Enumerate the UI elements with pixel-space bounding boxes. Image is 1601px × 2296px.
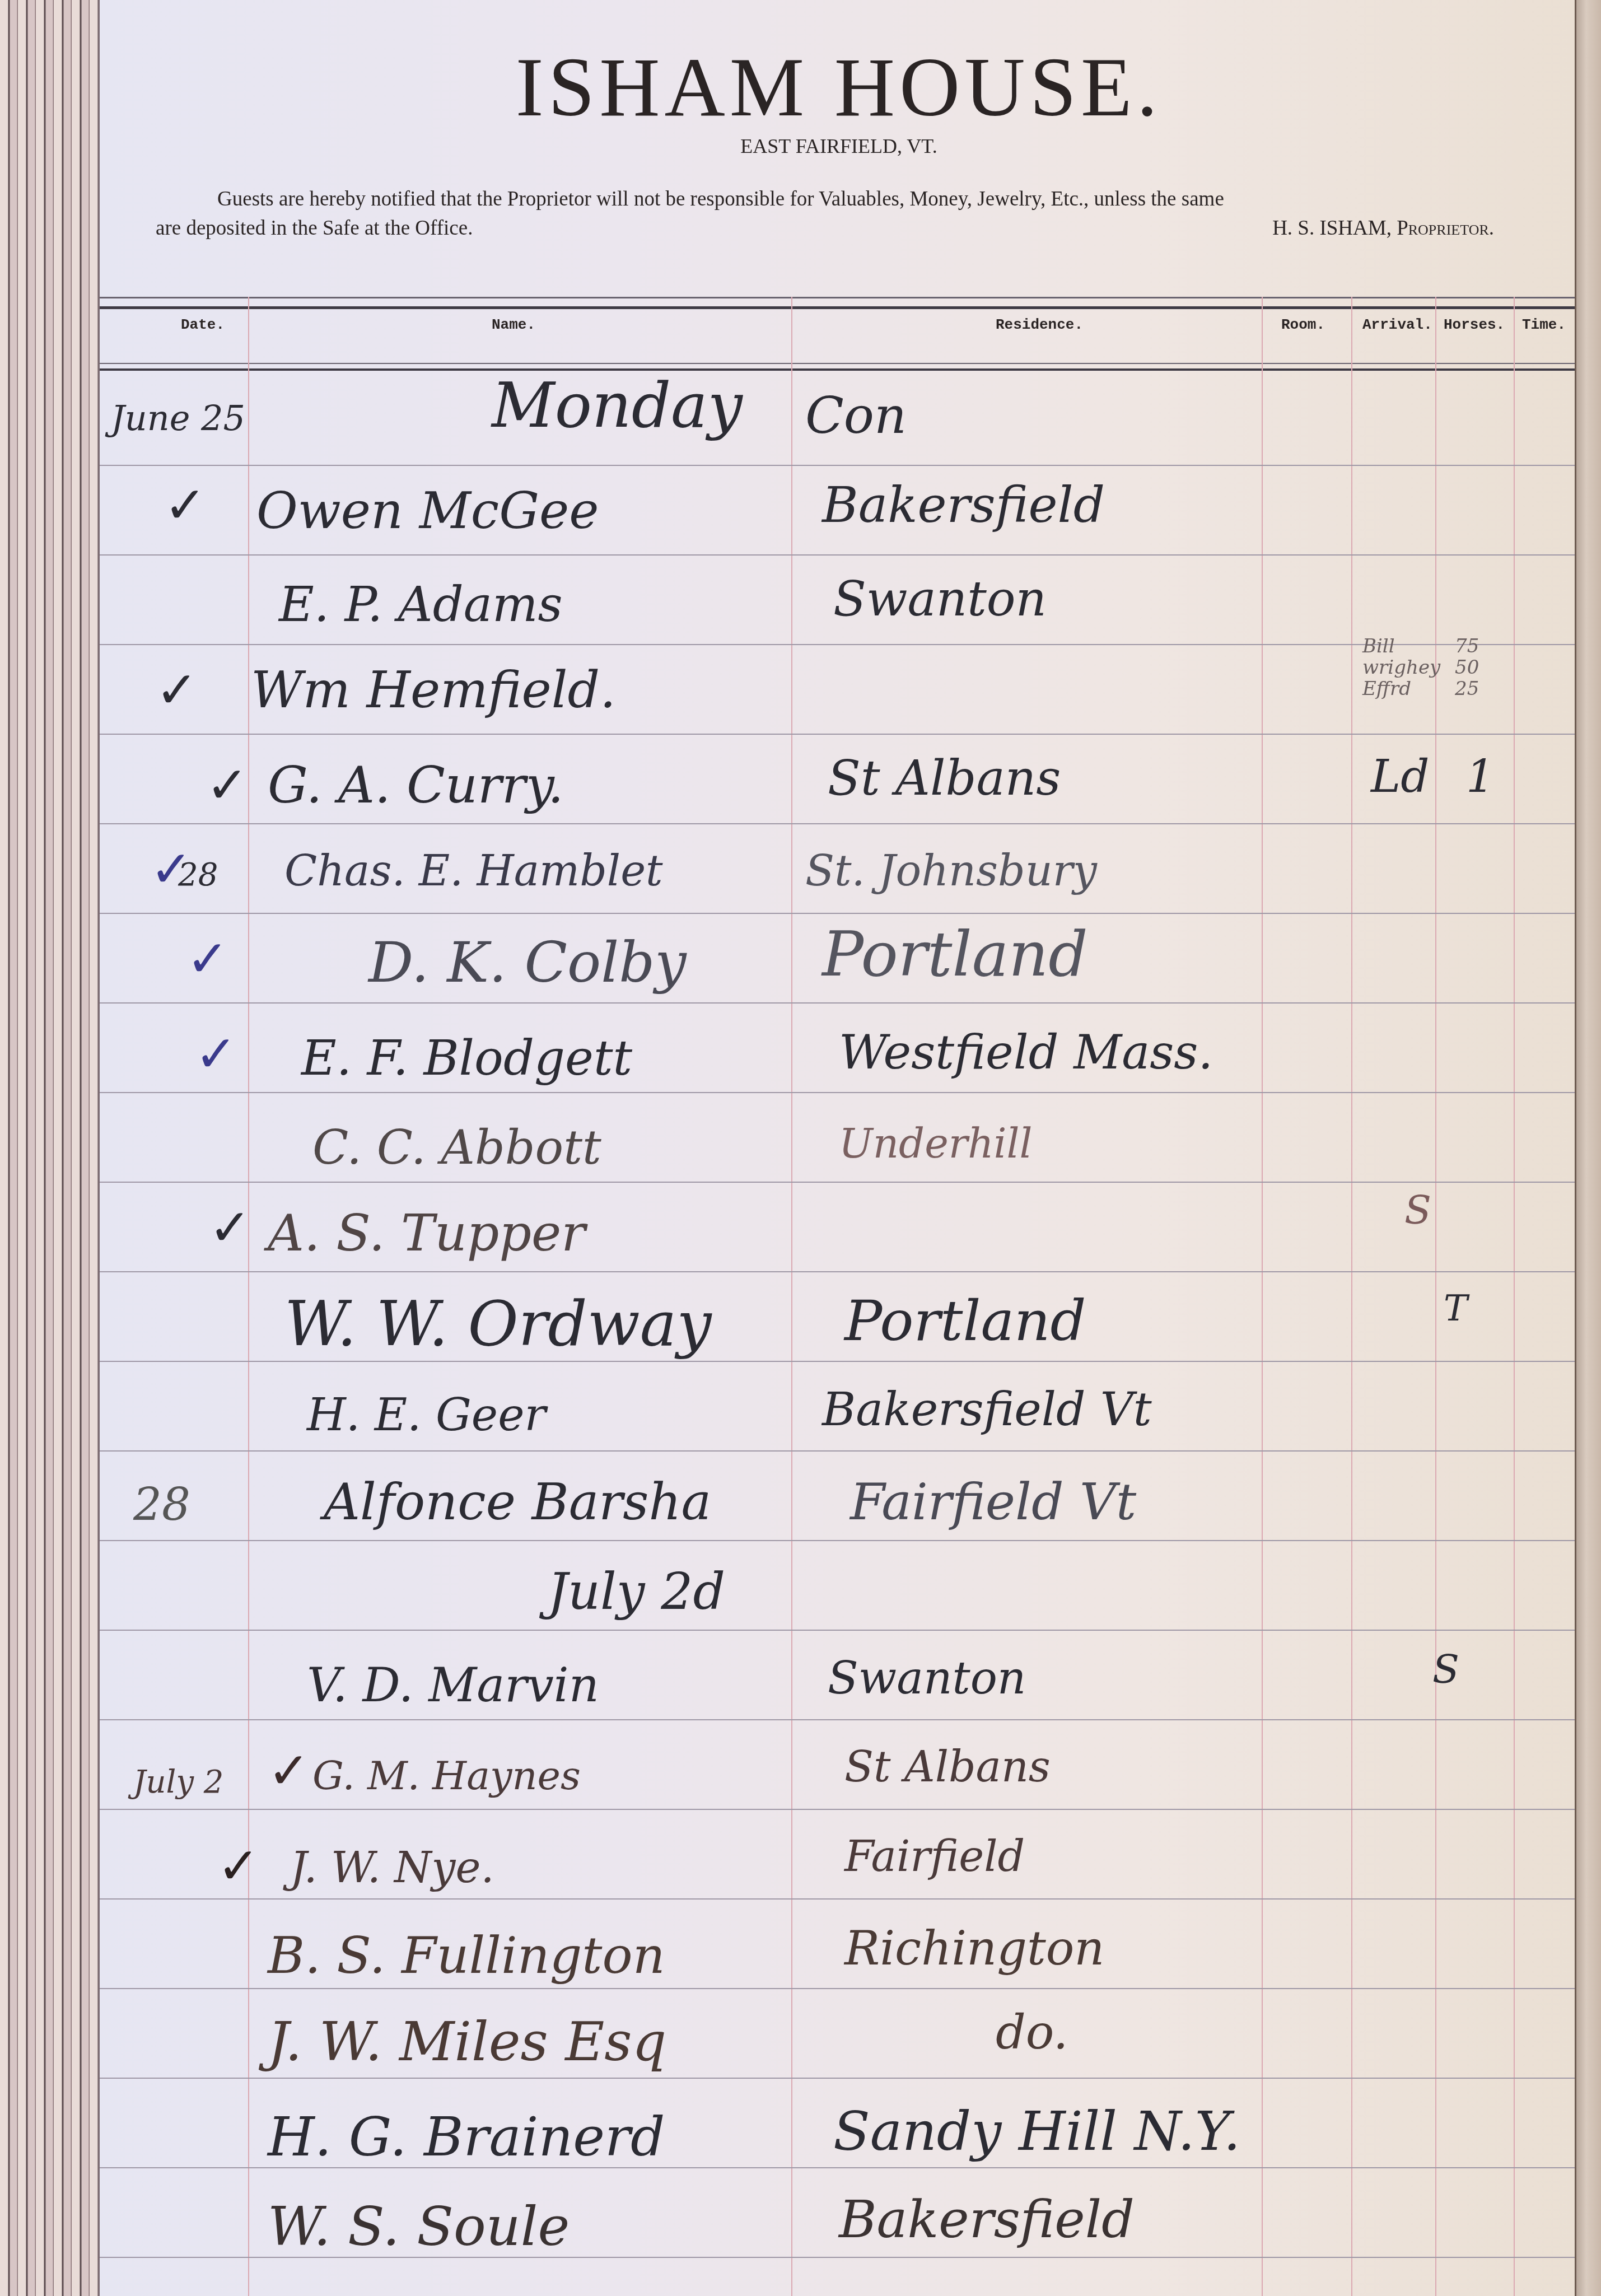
ledger-page: ISHAM HOUSE. EAST FAIRFIELD, VT. Guests …	[98, 0, 1578, 2296]
entry-name: E. F. Blodgett	[301, 1030, 632, 1086]
notice-line-1: Guests are hereby notified that the Prop…	[156, 185, 1528, 214]
entry-name: Alfonce Barsha	[324, 1473, 711, 1532]
entry-name: E. P. Adams	[279, 577, 563, 633]
entry-residence: do.	[996, 2005, 1068, 2060]
entry-residence: Westfield Mass.	[839, 1025, 1213, 1080]
proprietor-signature: H. S. ISHAM, Proprietor.	[1272, 214, 1528, 243]
hotel-location: EAST FAIRFIELD, VT.	[100, 134, 1578, 158]
entry-residence: Sandy Hill N.Y.	[833, 2100, 1240, 2163]
entry-name: J. W. Nye.	[290, 1842, 494, 1892]
entry-residence: Portland	[822, 918, 1088, 990]
row-rule	[100, 823, 1578, 824]
notice-line-2: are deposited in the Safe at the Office.	[156, 214, 473, 243]
row-rule	[100, 1809, 1578, 1810]
row-rule	[100, 554, 1578, 556]
entry-date: June 25	[111, 398, 245, 438]
check-mark-icon: ✓	[186, 930, 228, 988]
entry-residence: St. Johnsbury	[805, 846, 1097, 895]
entry-arrival: Ld	[1371, 750, 1429, 802]
entry-date: 28	[178, 857, 218, 893]
entry-date: 28	[133, 1478, 190, 1530]
margin-note-amount: 50	[1455, 657, 1479, 678]
entry-horses: 1	[1466, 750, 1495, 802]
entry-residence: Bakersfield	[822, 476, 1105, 534]
column-header-date: Date.	[181, 316, 225, 333]
column-rule-horses	[1514, 297, 1515, 2296]
entry-name: A. S. Tupper	[268, 1204, 585, 1263]
column-header-room: Room.	[1281, 316, 1325, 333]
row-rule	[100, 465, 1578, 466]
entry-residence: St Albans	[828, 750, 1061, 806]
entry-date: July 2	[133, 1764, 224, 1800]
column-header-arrival: Arrival.	[1362, 316, 1432, 333]
row-rule	[100, 1719, 1578, 1720]
check-mark-icon: ✓	[164, 476, 206, 535]
entry-name: G. M. Haynes	[312, 1753, 581, 1799]
entry-residence: Bakersfield Vt	[822, 1383, 1152, 1436]
row-rule	[100, 1540, 1578, 1541]
entry-arrival: S	[1432, 1646, 1459, 1692]
entry-residence: Con	[805, 386, 907, 445]
row-rule	[100, 1002, 1578, 1004]
entry-name: W. S. Soule	[268, 2195, 570, 2258]
entry-name: Chas. E. Hamblet	[284, 846, 663, 895]
entry-date-heading: July 2d	[548, 1562, 725, 1621]
page-edge-stack	[0, 0, 98, 2296]
check-mark-icon: ✓	[195, 1025, 237, 1084]
margin-note-amounts: 75 50 25	[1455, 636, 1479, 699]
column-rule-residence	[1262, 297, 1263, 2296]
entry-name: J. W. Miles Esq	[268, 2010, 666, 2073]
entry-name: Monday	[492, 370, 743, 441]
row-rule	[100, 1182, 1578, 1183]
check-mark-icon: ✓	[156, 661, 198, 720]
column-header-horses: Horses.	[1444, 316, 1505, 333]
column-rule-date	[248, 297, 249, 2296]
entry-residence: Fairfield Vt	[850, 1473, 1136, 1532]
check-mark-icon: ✓	[217, 1837, 259, 1896]
row-rule	[100, 644, 1578, 645]
entry-name: Owen McGee	[256, 482, 599, 540]
row-rule	[100, 1092, 1578, 1093]
row-rule	[100, 1898, 1578, 1900]
header-rule-bottom	[100, 363, 1578, 371]
entry-name: H. E. Geer	[307, 1389, 546, 1441]
margin-note: Bill wrighey Effrd	[1362, 636, 1440, 699]
entry-name: G. A. Curry.	[268, 756, 564, 815]
entry-name: W. W. Ordway	[284, 1288, 712, 1360]
column-rule-room	[1351, 297, 1352, 2296]
entry-residence: Richington	[844, 1921, 1104, 1976]
entry-residence: Fairfield	[844, 1831, 1025, 1881]
entry-arrival: T	[1444, 1288, 1468, 1329]
row-rule	[100, 1361, 1578, 1362]
entry-residence: Bakersfield	[839, 2190, 1135, 2250]
entry-residence: Underhill	[839, 1120, 1033, 1167]
column-header-residence: Residence.	[996, 316, 1083, 333]
margin-note-amount: 25	[1455, 678, 1479, 699]
margin-note-amount: 75	[1455, 636, 1479, 657]
entry-residence: St Albans	[844, 1742, 1051, 1791]
row-rule	[100, 1988, 1578, 1989]
row-rule	[100, 734, 1578, 735]
row-rule	[100, 913, 1578, 914]
proprietor-notice: Guests are hereby notified that the Prop…	[156, 185, 1528, 243]
entry-residence: Portland	[844, 1288, 1086, 1354]
column-rule-arrival	[1435, 297, 1436, 2296]
entry-name: H. G. Brainerd	[268, 2106, 665, 2168]
check-mark-icon: ✓	[268, 1742, 310, 1800]
column-rule-name	[791, 297, 792, 2296]
entry-arrival: S	[1404, 1187, 1431, 1233]
hotel-title: ISHAM HOUSE.	[100, 39, 1578, 136]
entry-name: V. D. Marvin	[307, 1658, 599, 1712]
row-rule	[100, 1450, 1578, 1452]
row-rule	[100, 1630, 1578, 1631]
header-rule-top	[100, 297, 1578, 309]
column-header-time: Time.	[1522, 316, 1566, 333]
row-rule	[100, 1271, 1578, 1272]
margin-note-line: Effrd	[1362, 678, 1440, 699]
check-mark-icon: ✓	[206, 756, 248, 815]
entry-residence: Swanton	[828, 1652, 1026, 1704]
entry-residence: Swanton	[833, 571, 1047, 627]
entry-name: D. K. Colby	[368, 930, 687, 995]
entry-name: B. S. Fullington	[268, 1926, 665, 1985]
margin-note-line: wrighey	[1362, 657, 1440, 678]
entry-name: C. C. Abbott	[312, 1120, 601, 1175]
row-rule	[100, 2078, 1578, 2079]
book-edge	[1575, 0, 1601, 2296]
check-mark-icon: ✓	[209, 1198, 251, 1257]
entry-name: Wm Hemfield.	[251, 661, 616, 720]
margin-note-line: Bill	[1362, 636, 1440, 657]
column-header-name: Name.	[492, 316, 535, 333]
